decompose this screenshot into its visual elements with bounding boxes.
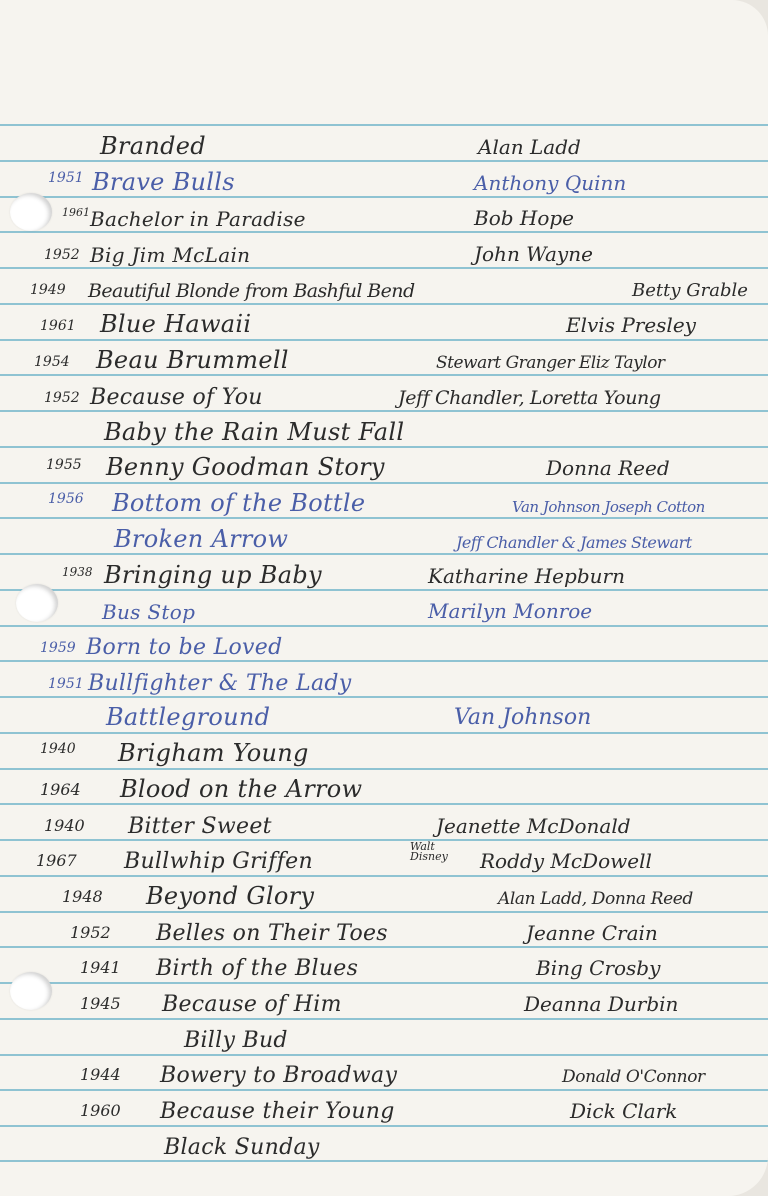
list-item: Baby the Rain Must Fall <box>0 412 768 448</box>
movie-title: Bowery to Broadway <box>160 1063 397 1088</box>
movie-year: 1952 <box>44 390 80 406</box>
movie-title: Baby the Rain Must Fall <box>104 418 404 446</box>
movie-title: Bullfighter & The Lady <box>88 671 351 696</box>
movie-year: 1967 <box>36 851 77 870</box>
movie-title: Bachelor in Paradise <box>90 207 306 231</box>
notebook-page: Branded Alan Ladd 1951 Brave Bulls Antho… <box>0 0 768 1196</box>
movie-title: Bus Stop <box>102 600 195 624</box>
list-item: 1949 Beautiful Blonde from Bashful Bend … <box>0 268 768 304</box>
movie-year: 1944 <box>80 1065 121 1084</box>
movie-actor: Marilyn Monroe <box>428 599 592 623</box>
list-item: 1954 Beau Brummell Stewart Granger Eliz … <box>0 340 768 376</box>
movie-year: 1941 <box>80 958 121 977</box>
movie-title: Billy Bud <box>184 1028 288 1053</box>
list-item: Black Sunday <box>0 1126 768 1162</box>
list-item: 1956 Bottom of the Bottle Van Johnson Jo… <box>0 483 768 519</box>
list-item: 1951 Bullfighter & The Lady <box>0 662 768 698</box>
movie-actor: Van Johnson <box>454 705 591 730</box>
list-item: 1964 Blood on the Arrow <box>0 769 768 805</box>
movie-year: 1964 <box>40 780 81 799</box>
movie-actor: Stewart Granger Eliz Taylor <box>436 353 665 373</box>
movie-year: 1952 <box>44 247 80 263</box>
movie-title: Bullwhip Griffen <box>124 849 313 874</box>
list-item: 1952 Belles on Their Toes Jeanne Crain <box>0 912 768 948</box>
movie-actor: John Wayne <box>474 242 593 266</box>
movie-year: 1945 <box>80 994 121 1013</box>
movie-actor: Deanna Durbin <box>524 992 678 1016</box>
movie-actor: Dick Clark <box>570 1099 677 1123</box>
movie-title: Beautiful Blonde from Bashful Bend <box>88 280 415 302</box>
movie-title: Blood on the Arrow <box>120 775 362 803</box>
movie-year: 1951 <box>48 170 84 186</box>
list-item: Billy Bud <box>0 1019 768 1055</box>
list-item: 1941 Birth of the Blues Bing Crosby <box>0 947 768 983</box>
movie-year: 1948 <box>62 887 103 906</box>
studio-note: Walt Disney <box>410 842 446 862</box>
movie-title: Bottom of the Bottle <box>112 489 365 517</box>
movie-title: Branded <box>100 132 206 160</box>
list-item: 1952 Big Jim McLain John Wayne <box>0 233 768 269</box>
movie-title: Beau Brummell <box>96 346 289 374</box>
movie-title: Brigham Young <box>118 739 309 767</box>
movie-title: Because of You <box>90 385 263 410</box>
movie-year: 1951 <box>48 676 84 692</box>
movie-title: Belles on Their Toes <box>156 921 388 946</box>
movie-actor: Roddy McDowell <box>480 849 652 873</box>
list-item: 1945 Because of Him Deanna Durbin <box>0 983 768 1019</box>
movie-title: Born to be Loved <box>86 635 282 660</box>
movie-actor: Van Johnson Joseph Cotton <box>512 498 705 516</box>
list-item: 1938 Bringing up Baby Katharine Hepburn <box>0 555 768 591</box>
list-item: 1961 Blue Hawaii Elvis Presley <box>0 304 768 340</box>
movie-title: Bitter Sweet <box>128 814 272 839</box>
list-item: 1961 Bachelor in Paradise Bob Hope <box>0 197 768 233</box>
movie-title: Black Sunday <box>164 1135 320 1160</box>
list-item: Broken Arrow Jeff Chandler & James Stewa… <box>0 519 768 555</box>
movie-year: 1961 <box>62 206 90 219</box>
movie-title: Benny Goodman Story <box>106 453 385 481</box>
movie-actor: Alan Ladd, Donna Reed <box>498 889 693 909</box>
list-item: 1967 Bullwhip Griffen Walt Disney Roddy … <box>0 840 768 876</box>
movie-actor: Bing Crosby <box>536 956 660 980</box>
movie-title: Because of Him <box>162 992 342 1017</box>
list-item: Branded Alan Ladd <box>0 126 768 162</box>
movie-title: Bringing up Baby <box>104 561 322 589</box>
movie-year: 1954 <box>34 354 70 370</box>
list-item: 1940 Bitter Sweet Jeanette McDonald <box>0 805 768 841</box>
movie-actor: Jeanette McDonald <box>436 814 631 838</box>
movie-title: Beyond Glory <box>146 882 314 910</box>
movie-year: 1952 <box>70 923 111 942</box>
movie-title: Brave Bulls <box>92 168 235 196</box>
movie-year: 1938 <box>62 565 93 579</box>
movie-actor: Elvis Presley <box>566 313 696 337</box>
list-item: 1959 Born to be Loved <box>0 626 768 662</box>
movie-year: 1959 <box>40 640 76 656</box>
movie-title: Battleground <box>106 703 270 731</box>
movie-year: 1955 <box>46 457 82 473</box>
movie-actor: Katharine Hepburn <box>428 564 625 588</box>
movie-title: Broken Arrow <box>114 525 288 553</box>
movie-year: 1960 <box>80 1101 121 1120</box>
list-item: 1948 Beyond Glory Alan Ladd, Donna Reed <box>0 876 768 912</box>
movie-year: 1940 <box>44 816 85 835</box>
list-item: 1955 Benny Goodman Story Donna Reed <box>0 447 768 483</box>
list-item: 1944 Bowery to Broadway Donald O'Connor <box>0 1054 768 1090</box>
movie-actor: Alan Ladd <box>478 135 581 159</box>
movie-actor: Donna Reed <box>546 456 670 480</box>
movie-title: Big Jim McLain <box>90 243 250 267</box>
movie-actor: Betty Grable <box>632 280 748 301</box>
movie-year: 1940 <box>40 741 76 757</box>
list-item: 1960 Because their Young Dick Clark <box>0 1090 768 1126</box>
movie-actor: Jeanne Crain <box>526 921 658 945</box>
list-item: Bus Stop Marilyn Monroe <box>0 590 768 626</box>
movie-actor: Jeff Chandler, Loretta Young <box>398 387 661 409</box>
movie-title: Because their Young <box>160 1099 395 1124</box>
movie-actor: Bob Hope <box>474 206 574 230</box>
list-item: 1940 Brigham Young <box>0 733 768 769</box>
movie-year: 1949 <box>30 282 66 298</box>
movie-actor: Donald O'Connor <box>562 1067 705 1087</box>
list-item: Battleground Van Johnson <box>0 697 768 733</box>
movie-year: 1961 <box>40 318 76 334</box>
movie-year: 1956 <box>48 491 84 507</box>
movie-actor: Jeff Chandler & James Stewart <box>456 533 692 552</box>
movie-actor: Anthony Quinn <box>474 171 626 195</box>
movie-title: Blue Hawaii <box>100 310 251 338</box>
movie-title: Birth of the Blues <box>156 956 358 981</box>
list-item: 1952 Because of You Jeff Chandler, Loret… <box>0 376 768 412</box>
list-item: 1951 Brave Bulls Anthony Quinn <box>0 162 768 198</box>
